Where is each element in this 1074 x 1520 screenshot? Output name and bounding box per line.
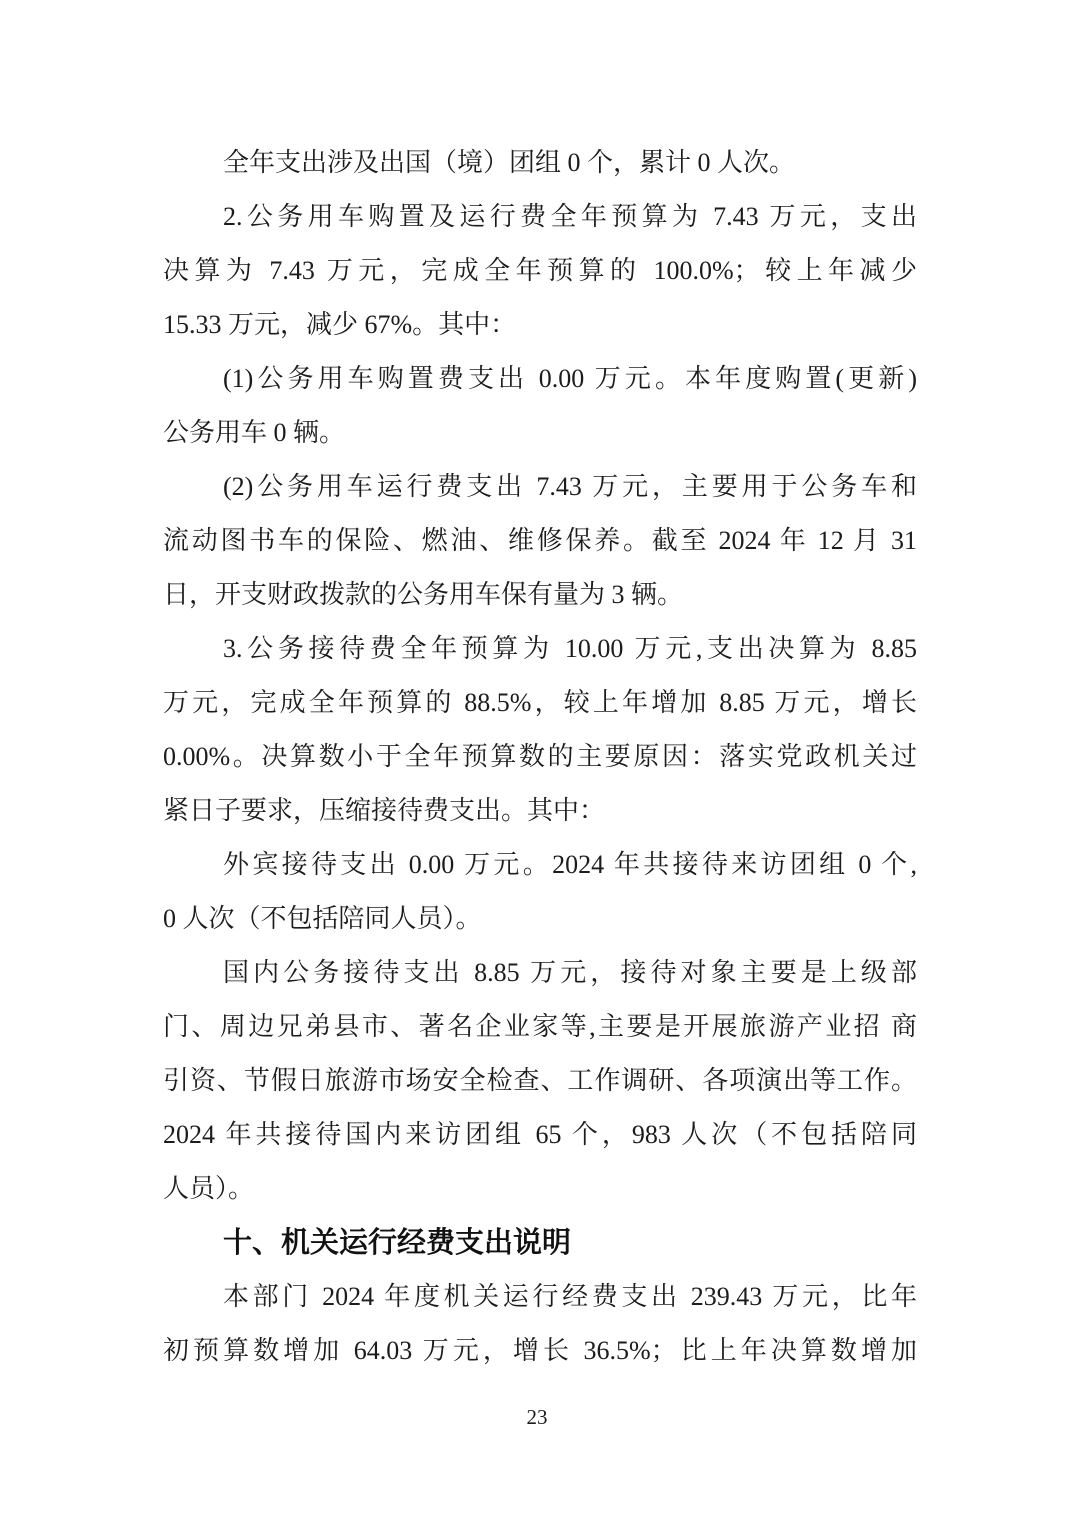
- text-line: 万元，完成全年预算的 88.5%，较上年增加 8.85 万元，增长: [163, 676, 917, 730]
- section-heading: 十、机关运行经费支出说明: [163, 1216, 917, 1270]
- text-line: 3.公务接待费全年预算为 10.00 万元,支出决算为 8.85: [163, 622, 917, 676]
- text-line: 本部门 2024 年度机关运行经费支出 239.43 万元，比年: [163, 1270, 917, 1324]
- text-line: 0.00%。决算数小于全年预算数的主要原因：落实党政机关过: [163, 730, 917, 784]
- text-line: 紧日子要求，压缩接待费支出。其中：: [163, 784, 917, 838]
- text-line: 流动图书车的保险、燃油、维修保养。截至 2024 年 12 月 31: [163, 514, 917, 568]
- text-line: 人员）。: [163, 1162, 917, 1216]
- text-line: 2.公务用车购置及运行费全年预算为 7.43 万元，支出: [163, 190, 917, 244]
- text-line: 全年支出涉及出国（境）团组 0 个，累计 0 人次。: [163, 136, 917, 190]
- text-line: 国内公务接待支出 8.85 万元，接待对象主要是上级部: [163, 946, 917, 1000]
- text-line: 门、周边兄弟县市、著名企业家等,主要是开展旅游产业招 商: [163, 1000, 917, 1054]
- document-page: 全年支出涉及出国（境）团组 0 个，累计 0 人次。 2.公务用车购置及运行费全…: [0, 0, 1074, 1520]
- text-line: 日，开支财政拨款的公务用车保有量为 3 辆。: [163, 568, 917, 622]
- text-line: 决算为 7.43 万元，完成全年预算的 100.0%；较上年减少: [163, 244, 917, 298]
- text-line: (2)公务用车运行费支出 7.43 万元，主要用于公务车和: [163, 460, 917, 514]
- text-line: 公务用车 0 辆。: [163, 406, 917, 460]
- text-line: (1)公务用车购置费支出 0.00 万元。本年度购置(更新): [163, 352, 917, 406]
- text-line: 初预算数增加 64.03 万元，增长 36.5%；比上年决算数增加: [163, 1324, 917, 1378]
- text-line: 2024 年共接待国内来访团组 65 个，983 人次（不包括陪同: [163, 1108, 917, 1162]
- text-line: 引资、节假日旅游市场安全检查、工作调研、各项演出等工作。: [163, 1054, 917, 1108]
- page-number: 23: [0, 1402, 1074, 1432]
- text-line: 15.33 万元，减少 67%。其中：: [163, 298, 917, 352]
- text-line: 外宾接待支出 0.00 万元。2024 年共接待来访团组 0 个,: [163, 838, 917, 892]
- text-line: 0 人次（不包括陪同人员）。: [163, 892, 917, 946]
- document-body: 全年支出涉及出国（境）团组 0 个，累计 0 人次。 2.公务用车购置及运行费全…: [163, 136, 917, 1378]
